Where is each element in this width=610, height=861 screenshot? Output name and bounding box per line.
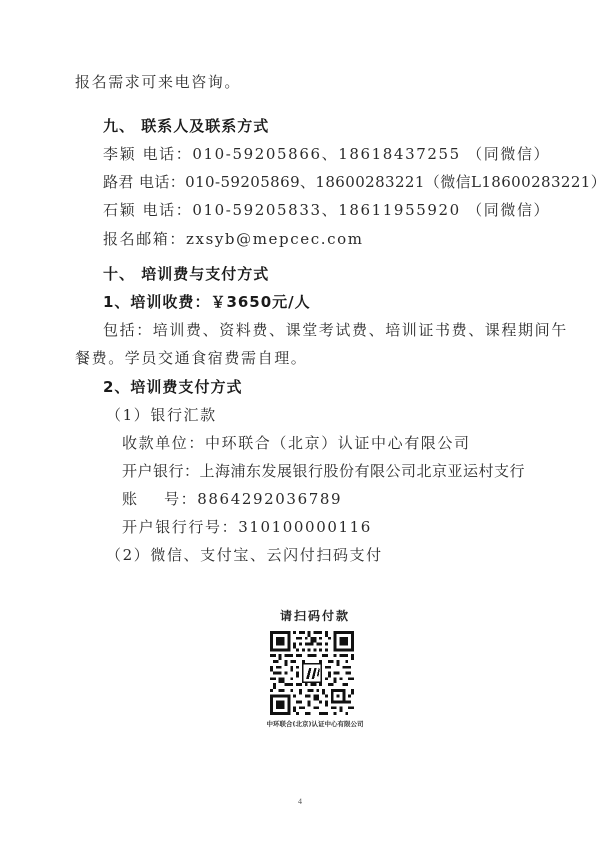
fee-heading: 1、培训收费：￥3650元/人 (103, 292, 311, 312)
contact-line-1: 李颖 电话：010-59205866、18618437255 （同微信） (103, 144, 550, 164)
bank-transfer-label: （1）银行汇款 (106, 405, 217, 425)
qr-title: 请扫码付款 (240, 607, 390, 624)
email-line: 报名邮箱：zxsyb@mepcec.com (103, 229, 364, 249)
bank-code-line: 开户银行行号：310100000116 (122, 517, 372, 537)
qr-code-icon (270, 631, 354, 715)
contact-line-3: 石颖 电话：010-59205833、18611955920 （同微信） (103, 200, 550, 220)
contact-line-2: 路君 电话：010-59205869、18600283221（微信L186002… (103, 172, 606, 192)
intro-tail-text: 报名需求可来电咨询。 (75, 72, 241, 92)
payee-line: 收款单位：中环联合（北京）认证中心有限公司 (122, 433, 471, 453)
page-number: 4 (290, 797, 310, 806)
bank-line: 开户银行：上海浦东发展银行股份有限公司北京亚运村支行 (122, 461, 525, 481)
includes-line-2: 餐费。学员交通食宿费需自理。 (75, 348, 307, 368)
includes-line-1: 包括：培训费、资料费、课堂考试费、培训证书费、课程期间午 (103, 320, 568, 340)
payment-method-heading: 2、培训费支付方式 (103, 377, 242, 397)
scan-pay-label: （2）微信、支付宝、云闪付扫码支付 (106, 545, 383, 565)
qr-caption: 中环联合(北京)认证中心有限公司 (230, 719, 400, 728)
section-9-heading: 九、 联系人及联系方式 (103, 116, 269, 136)
section-10-heading: 十、 培训费与支付方式 (103, 264, 269, 284)
account-line: 账 号：8864292036789 (122, 489, 342, 509)
